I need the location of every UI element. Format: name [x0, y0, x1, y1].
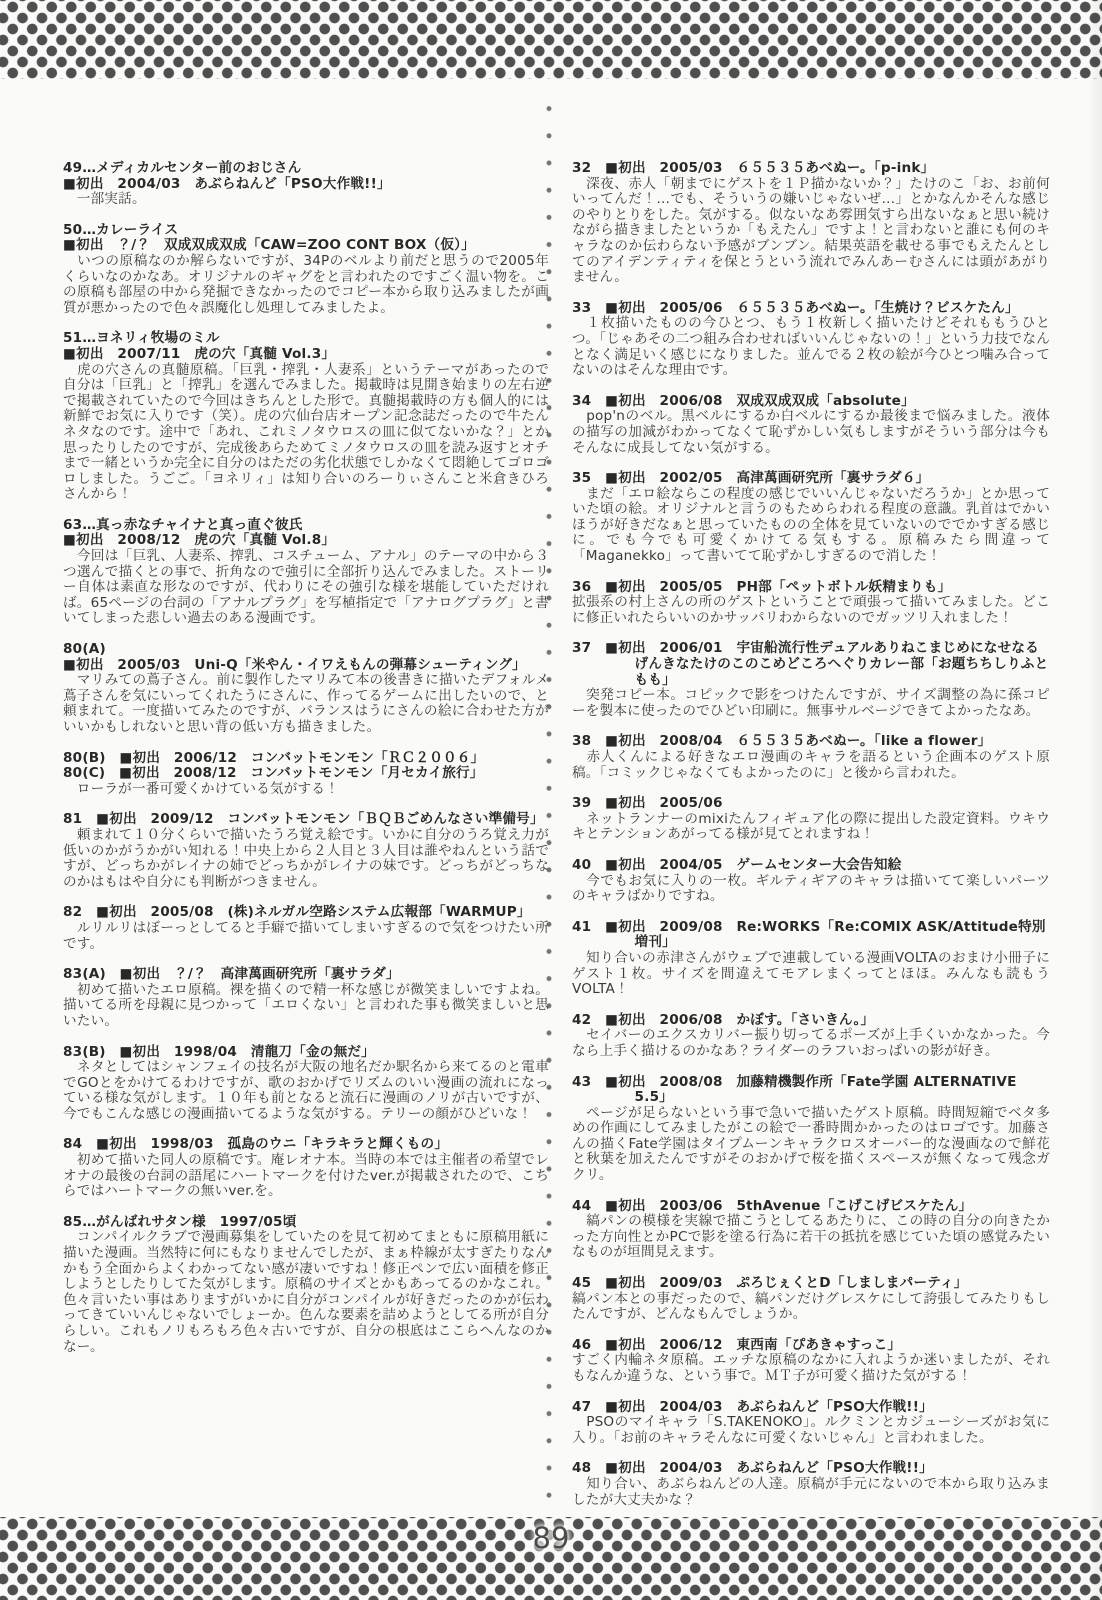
entry-header: 40 ■初出 2004/05 ゲームセンター大会告知絵: [572, 858, 1050, 874]
entry-header: 39 ■初出 2005/06: [572, 796, 1050, 812]
entry-header: 45 ■初出 2009/03 ぷろじぇくとD「しましまパーティ」: [572, 1276, 1050, 1292]
catalog-entry: 85…がんばれサタン様 1997/05頃 コンパイルクラブで漫画募集をしていたの…: [63, 1215, 549, 1355]
catalog-entry: 49…メディカルセンター前のおじさん■初出 2004/03 あぶらねんど「PSO…: [63, 161, 549, 208]
catalog-entry: 84 ■初出 1998/03 孤島のウニ「キラキラと輝くもの」 初めて描いた同人…: [63, 1137, 549, 1199]
entry-header: ■初出 ？/？ 双成双成双成「CAW=ZOO CONT BOX（仮）」: [63, 238, 549, 254]
entry-header: 80(A): [63, 642, 549, 658]
catalog-entry: 81 ■初出 2009/12 コンバットモンモン「ＢＱＢごめんなさい準備号」 頼…: [63, 812, 549, 890]
left-column: 49…メディカルセンター前のおじさん■初出 2004/03 あぶらねんど「PSO…: [63, 161, 549, 1370]
entry-body: 今でもお気に入りの一枚。ギルティギアのキャラは描いてて楽しいパーツのキャラばかり…: [572, 874, 1050, 905]
entry-body: コンパイルクラブで漫画募集をしていたのを見て初めてまともに原稿用紙に描いた漫画。…: [63, 1230, 549, 1355]
catalog-entry: 45 ■初出 2009/03 ぷろじぇくとD「しましまパーティ」縞パン本との事だ…: [572, 1276, 1050, 1323]
entry-body: 初めて描いたエロ原稿。裸を描くので精一杯な感じが微笑ましいですよね。描いてる所を…: [63, 983, 549, 1030]
entry-body: マリみての蔦子さん。前に製作したマリみて本の後書きに描いたデフォルメ蔦子さんを気…: [63, 673, 549, 735]
entry-body: 知り合い、あぶらねんどの人達。原稿が手元にないので本から取り込みましたが大丈夫か…: [572, 1477, 1050, 1508]
catalog-entry: 40 ■初出 2004/05 ゲームセンター大会告知絵 今でもお気に入りの一枚。…: [572, 858, 1050, 905]
entry-body: 一部実話。: [63, 192, 549, 208]
bottom-polka-dot-border: 89: [0, 1517, 1102, 1600]
entry-header: ■初出 2004/03 あぶらねんど「PSO大作戦!!」: [63, 177, 549, 193]
entry-header: 81 ■初出 2009/12 コンバットモンモン「ＢＱＢごめんなさい準備号」: [63, 812, 549, 828]
entry-header: 44 ■初出 2003/06 5thAvenue「こげこげビスケたん」: [572, 1199, 1050, 1215]
entry-header: 34 ■初出 2006/08 双成双成双成「absolute」: [572, 394, 1050, 410]
entry-header: 48 ■初出 2004/03 あぶらねんど「PSO大作戦!!」: [572, 1461, 1050, 1477]
catalog-entry: 82 ■初出 2005/08 (株)ネルガル空路システム広報部「WARMUP」 …: [63, 905, 549, 952]
entry-header: 51…ヨネリィ牧場のミル: [63, 331, 549, 347]
entry-body: 頼まれて１０分くらいで描いたうろ覚え絵です。いかに自分のうろ覚え力が低いのかがう…: [63, 828, 549, 890]
entry-body: すごく内輪ネタ原稿。エッチな原稿のなかに入れようか迷いましたが、それもなんか違う…: [572, 1353, 1050, 1384]
entry-body: 突発コピー本。コピックで影をつけたんですが、サイズ調整の為に孫コピーを製本に使っ…: [572, 688, 1050, 719]
entry-body: ローラが一番可愛くかけている気がする！: [63, 782, 549, 798]
catalog-entry: 47 ■初出 2004/03 あぶらねんど「PSO大作戦!!」 PSOのマイキャ…: [572, 1400, 1050, 1447]
entry-body: まだ「エロ絵ならこの程度の感じでいいんじゃないだろうか」とか思っていた頃の絵。オ…: [572, 487, 1050, 565]
entry-body: １枚描いたものの今ひとつ、もう１枚新しく描いたけどそれももうひとつ。「じゃあその…: [572, 316, 1050, 378]
entry-body: ネタとしてはシャンフェイの技名が大阪の地名だか駅名から来てるのと電車でGOとをか…: [63, 1060, 549, 1122]
entry-body: 虎の穴さんの真髄原稿。「巨乳・搾乳・人妻系」というテーマがあったので自分は「巨乳…: [63, 363, 549, 503]
catalog-entry: 37 ■初出 2006/01 宇宙船流行性デュアルありねこまじめになせなるげんき…: [572, 641, 1050, 719]
entry-header: 32 ■初出 2005/03 ６５５３５あべぬー。「p-ink」: [572, 161, 1050, 177]
entry-body: 縞パンの模様を実線で描こうとしてるあたりに、この時の自分の向きたかった方向性とか…: [572, 1214, 1050, 1261]
catalog-entry: 42 ■初出 2006/08 かぼす。「さいきん。」 セイバーのエクスカリバー振…: [572, 1013, 1050, 1060]
entry-header: 82 ■初出 2005/08 (株)ネルガル空路システム広報部「WARMUP」: [63, 905, 549, 921]
entry-header: 43 ■初出 2008/08 加藤精機製作所「Fate学園 ALTERNATIV…: [572, 1075, 1050, 1106]
catalog-entry: 33 ■初出 2005/06 ６５５３５あべぬー。「生焼け？ビスケたん」 １枚描…: [572, 301, 1050, 379]
catalog-entry: 34 ■初出 2006/08 双成双成双成「absolute」 pop'nのベル…: [572, 394, 1050, 456]
catalog-entry: 80(A)■初出 2005/03 Uni-Q「米やん・イワえもんの弾幕シューティ…: [63, 642, 549, 736]
catalog-entry: 32 ■初出 2005/03 ６５５３５あべぬー。「p-ink」 深夜、赤人「朝…: [572, 161, 1050, 286]
entry-header: 35 ■初出 2002/05 高津萬画研究所「裏サラダ６」: [572, 471, 1050, 487]
catalog-entry: 83(A) ■初出 ？/？ 高津萬画研究所「裏サラダ」 初めて描いたエロ原稿。裸…: [63, 967, 549, 1029]
entry-header: 33 ■初出 2005/06 ６５５３５あべぬー。「生焼け？ビスケたん」: [572, 301, 1050, 317]
entry-body: pop'nのベル。黒ベルにするか白ベルにするか最後まで悩みました。液体の描写の加…: [572, 409, 1050, 456]
entry-body: 深夜、赤人「朝までにゲストを１Ｐ描かないか？」たけのこ「お、お前何いってんだ！……: [572, 177, 1050, 286]
entry-body: 縞パン本との事だったので、縞パンだけグレスケにして誇張してみたりもしたんですが、…: [572, 1292, 1050, 1323]
entry-body: いつの原稿なのか解らないですが、34Pのベルより前だと思うので2005年くらいな…: [63, 254, 549, 316]
entry-body: ページが足らないという事で急いで描いたゲスト原稿。時間短縮でベタ多めの作画にして…: [572, 1106, 1050, 1184]
catalog-entry: 35 ■初出 2002/05 高津萬画研究所「裏サラダ６」 まだ「エロ絵ならこの…: [572, 471, 1050, 565]
entry-body: 拡張系の村上さんの所のゲストということで頑張って描いてみました。どこに修正いれた…: [572, 595, 1050, 626]
entry-header: 49…メディカルセンター前のおじさん: [63, 161, 549, 177]
entry-body: セイバーのエクスカリバー振り切ってるポーズが上手くいかなかった。今なら上手く描け…: [572, 1028, 1050, 1059]
entry-body: PSOのマイキャラ「S.TAKENOKO」。ルクミンとカジューシーズがお気に入り…: [572, 1415, 1050, 1446]
catalog-entry: 83(B) ■初出 1998/04 清龍刀「金の無だ」 ネタとしてはシャンフェイ…: [63, 1045, 549, 1123]
page-number: 89: [533, 1524, 570, 1553]
catalog-entry: 46 ■初出 2006/12 東西南「ぴあきゃすっこ」すごく内輪ネタ原稿。エッチ…: [572, 1338, 1050, 1385]
catalog-entry: 38 ■初出 2008/04 ６５５３５あべぬー。「like a flower」…: [572, 734, 1050, 781]
catalog-entry: 51…ヨネリィ牧場のミル■初出 2007/11 虎の穴「真髄 Vol.3」 虎の…: [63, 331, 549, 503]
catalog-entry: 80(B) ■初出 2006/12 コンバットモンモン「ＲＣ２００６」80(C)…: [63, 751, 549, 798]
entry-header: 80(B) ■初出 2006/12 コンバットモンモン「ＲＣ２００６」: [63, 751, 549, 767]
right-column: 32 ■初出 2005/03 ６５５３５あべぬー。「p-ink」 深夜、赤人「朝…: [572, 161, 1050, 1523]
entry-body: 赤人くんによる好きなエロ漫画のキャラを語るという企画本のゲスト原稿。「コミックじ…: [572, 750, 1050, 781]
entry-header: 80(C) ■初出 2008/12 コンバットモンモン「月セカイ旅行」: [63, 766, 549, 782]
entry-header: 84 ■初出 1998/03 孤島のウニ「キラキラと輝くもの」: [63, 1137, 549, 1153]
entry-header: 47 ■初出 2004/03 あぶらねんど「PSO大作戦!!」: [572, 1400, 1050, 1416]
entry-body: 初めて描いた同人の原稿です。庵レオナ本。当時の本では主催者の希望でレオナの最後の…: [63, 1153, 549, 1200]
scan-edge-shadow: [1088, 0, 1102, 1600]
entry-body: 今回は「巨乳、人妻系、搾乳、コスチューム、アナル」のテーマの中から３つ選んで描く…: [63, 549, 549, 627]
entry-header: 83(B) ■初出 1998/04 清龍刀「金の無だ」: [63, 1045, 549, 1061]
catalog-entry: 48 ■初出 2004/03 あぶらねんど「PSO大作戦!!」 知り合い、あぶら…: [572, 1461, 1050, 1508]
entry-header: ■初出 2007/11 虎の穴「真髄 Vol.3」: [63, 347, 549, 363]
entry-header: 41 ■初出 2009/08 Re:WORKS「Re:COMIX ASK/Att…: [572, 920, 1050, 951]
entry-body: ネットランナーのmixiたんフィギュア化の際に提出した設定資料。ウキウキとテンシ…: [572, 812, 1050, 843]
entry-body: ルリルリはぼーっとしてると手癖で描いてしまいすぎるので気をつけたい所です。: [63, 921, 549, 952]
entry-header: 37 ■初出 2006/01 宇宙船流行性デュアルありねこまじめになせなるげんき…: [572, 641, 1050, 688]
entry-header: 36 ■初出 2005/05 PH部「ペットボトル妖精まりも」: [572, 580, 1050, 596]
catalog-entry: 43 ■初出 2008/08 加藤精機製作所「Fate学園 ALTERNATIV…: [572, 1075, 1050, 1184]
entry-header: 38 ■初出 2008/04 ６５５３５あべぬー。「like a flower」: [572, 734, 1050, 750]
catalog-entry: 44 ■初出 2003/06 5thAvenue「こげこげビスケたん」 縞パンの…: [572, 1199, 1050, 1261]
catalog-entry: 36 ■初出 2005/05 PH部「ペットボトル妖精まりも」拡張系の村上さんの…: [572, 580, 1050, 627]
top-polka-dot-border: [0, 0, 1102, 79]
catalog-entry: 50…カレーライス■初出 ？/？ 双成双成双成「CAW=ZOO CONT BOX…: [63, 223, 549, 317]
doujin-commentary-page: 49…メディカルセンター前のおじさん■初出 2004/03 あぶらねんど「PSO…: [0, 0, 1102, 1600]
entry-header: 42 ■初出 2006/08 かぼす。「さいきん。」: [572, 1013, 1050, 1029]
entry-header: ■初出 2008/12 虎の穴「真髄 Vol.8」: [63, 533, 549, 549]
entry-body: 知り合いの赤津さんがウェブで連載している漫画VOLTAのおまけ小冊子にゲスト１枚…: [572, 951, 1050, 998]
catalog-entry: 39 ■初出 2005/06 ネットランナーのmixiたんフィギュア化の際に提出…: [572, 796, 1050, 843]
catalog-entry: 41 ■初出 2009/08 Re:WORKS「Re:COMIX ASK/Att…: [572, 920, 1050, 998]
entry-header: ■初出 2005/03 Uni-Q「米やん・イワえもんの弾幕シューティング」: [63, 658, 549, 674]
catalog-entry: 63…真っ赤なチャイナと真っ直ぐ彼氏■初出 2008/12 虎の穴「真髄 Vol…: [63, 518, 549, 627]
entry-header: 83(A) ■初出 ？/？ 高津萬画研究所「裏サラダ」: [63, 967, 549, 983]
